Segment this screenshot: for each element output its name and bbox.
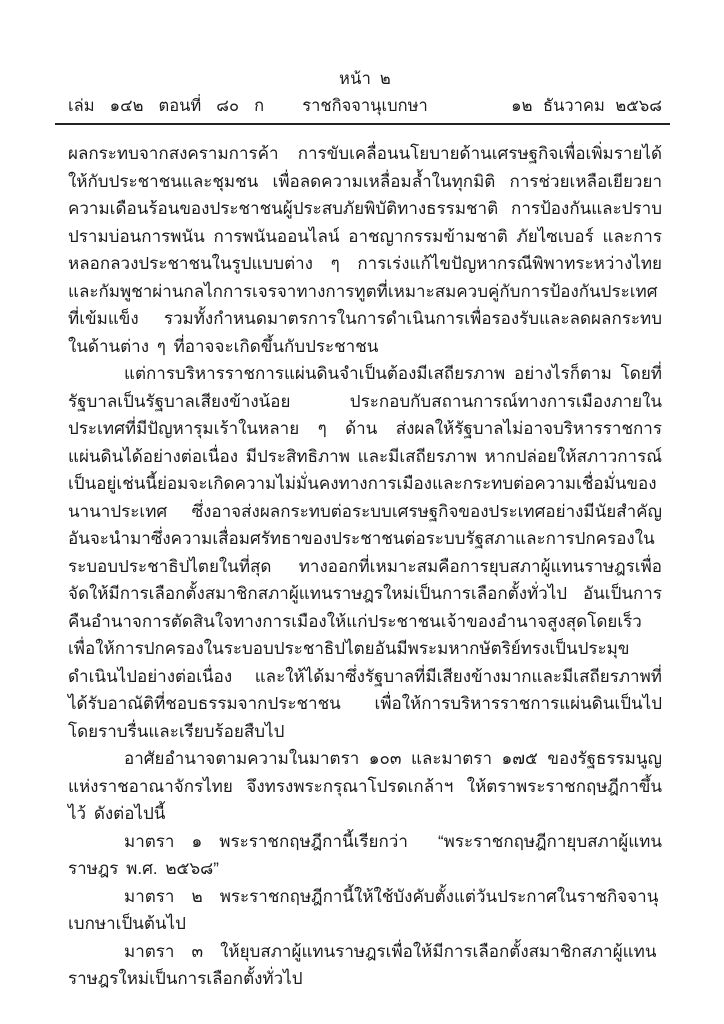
gazette-page: หน้า ๒ เล่ม ๑๔๒ ตอนที่ ๘๐ ก ราชกิจจานุเบ… xyxy=(0,0,724,1024)
paragraph: แต่การบริหารราชการแผ่นดินจำเป็นต้องมีเสถ… xyxy=(68,360,662,745)
volume-number: ๑๔๒ xyxy=(110,95,144,117)
article-2: มาตรา๒พระราชกฤษฎีกานี้ให้ใช้บังคับตั้งแต… xyxy=(68,883,662,938)
article-number: ๓ xyxy=(191,942,203,961)
header-divider xyxy=(55,123,670,125)
masthead: เล่ม ๑๔๒ ตอนที่ ๘๐ ก ราชกิจจานุเบกษา ๑๒ … xyxy=(68,95,662,117)
volume-label: เล่ม xyxy=(68,95,95,117)
article-label: มาตรา xyxy=(124,942,174,961)
page-number-label: หน้า ๒ xyxy=(68,68,662,90)
paragraph: อาศัยอำนาจตามความในมาตรา ๑๐๓ และมาตรา ๑๗… xyxy=(68,745,662,828)
article-number: ๒ xyxy=(191,887,202,906)
paragraph: ผลกระทบจากสงครามการค้า การขับเคลื่อนนโยบ… xyxy=(68,140,662,360)
document-body: ผลกระทบจากสงครามการค้า การขับเคลื่อนนโยบ… xyxy=(68,140,662,993)
article-3: มาตรา๓ให้ยุบสภาผู้แทนราษฎรเพื่อให้มีการเ… xyxy=(68,938,662,993)
article-1: มาตรา๑พระราชกฤษฎีกานี้เรียกว่า “พระราชกฤ… xyxy=(68,828,662,883)
masthead-date: ๑๒ ธันวาคม ๒๕๖๘ xyxy=(511,95,662,117)
masthead-issue-info: เล่ม ๑๔๒ ตอนที่ ๘๐ ก xyxy=(68,95,264,117)
section-letter: ก xyxy=(254,95,264,117)
part-label: ตอนที่ xyxy=(158,95,201,117)
part-number: ๘๐ xyxy=(216,95,239,117)
article-number: ๑ xyxy=(191,832,202,851)
gazette-title: ราชกิจจานุเบกษา xyxy=(302,95,427,117)
article-label: มาตรา xyxy=(124,887,174,906)
article-label: มาตรา xyxy=(124,832,174,851)
